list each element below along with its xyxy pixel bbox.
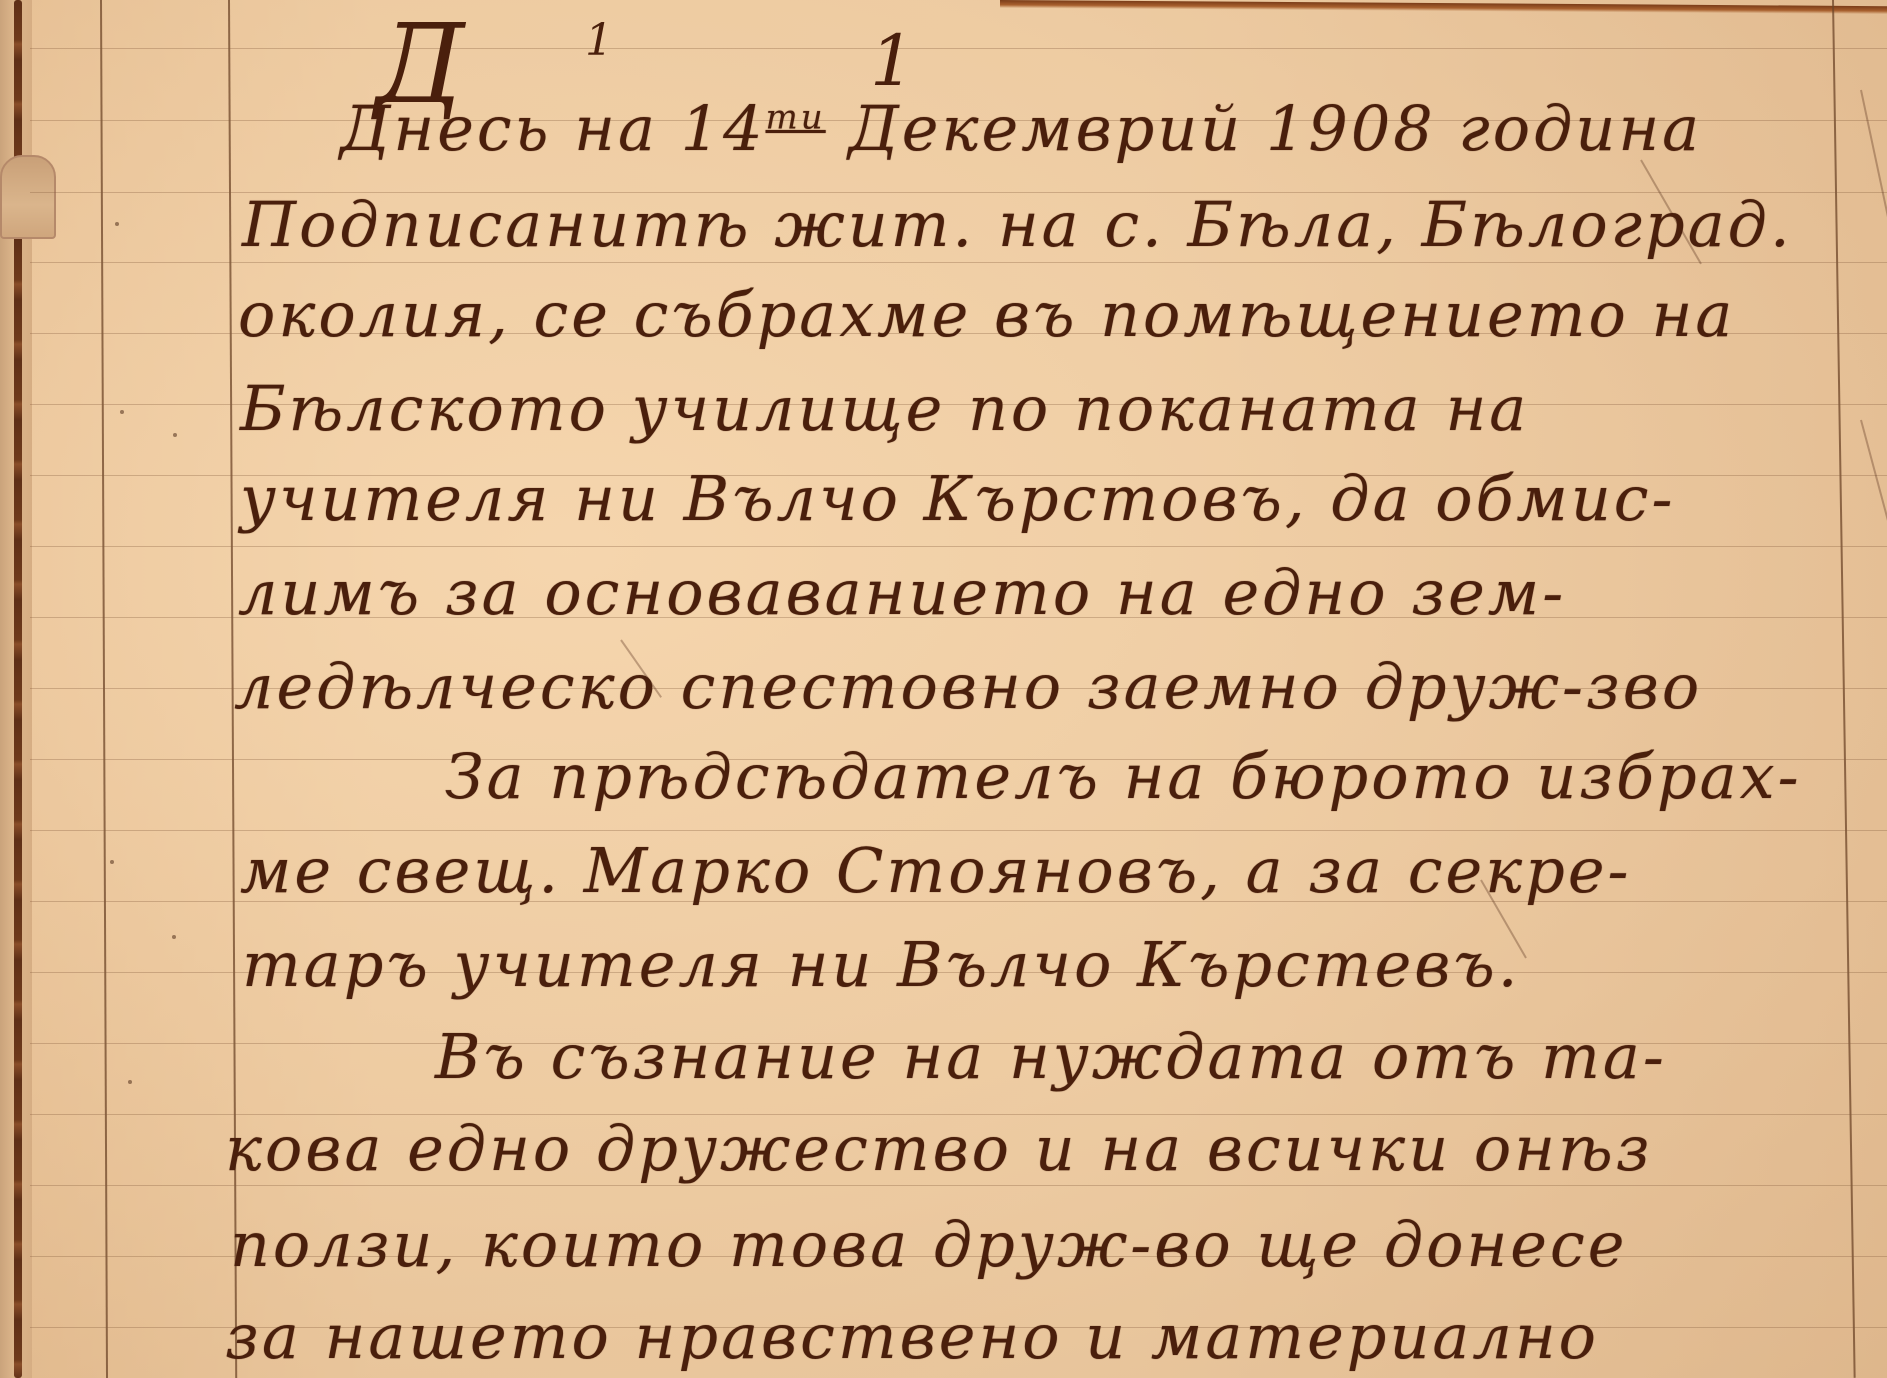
text-line: Днесь на 14ти Декемврий 1908 година bbox=[340, 92, 1702, 165]
text-line: за нашето нравствено и материално bbox=[225, 1300, 1599, 1373]
heading-mark: 1 bbox=[870, 20, 915, 102]
line-text: Декемврий 1908 година bbox=[826, 92, 1702, 165]
handwritten-text: Д 1 1 Днесь на 14ти Декемврий 1908 годин… bbox=[0, 0, 1887, 1378]
text-line: Подписанитѣ жит. на с. Бѣла, Бѣлоград. bbox=[242, 188, 1793, 261]
line-text: Днесь на 14 bbox=[340, 92, 766, 165]
text-line: таръ учителя ни Вълчо Кърстевъ. bbox=[242, 928, 1520, 1001]
text-line: кова едно дружество и на всички онѣз bbox=[225, 1112, 1653, 1185]
text-line: ползи, които това друж-во ще донесе bbox=[230, 1208, 1627, 1281]
text-line: ме свещ. Марко Стояновъ, а за секре- bbox=[240, 834, 1632, 907]
text-line: Въ съзнание на нуждата отъ та- bbox=[435, 1020, 1667, 1093]
text-line: околия, се събрахме въ помѣщението на bbox=[238, 278, 1735, 351]
date-ordinal: ти bbox=[766, 97, 826, 137]
document-page: Д 1 1 Днесь на 14ти Декемврий 1908 годин… bbox=[0, 0, 1887, 1378]
text-line: ледѣлческо спестовно заемно друж-зво bbox=[234, 650, 1702, 723]
heading-mark: 1 bbox=[585, 15, 613, 66]
text-line: За прѣдсѣдателъ на бюрото избрах- bbox=[445, 740, 1802, 813]
text-line: учителя ни Вълчо Кърстовъ, да обмис- bbox=[240, 462, 1675, 535]
text-line: Бѣлското училище по поканата на bbox=[240, 372, 1529, 445]
text-line: лимъ за основаванието на едно зем- bbox=[238, 556, 1566, 629]
